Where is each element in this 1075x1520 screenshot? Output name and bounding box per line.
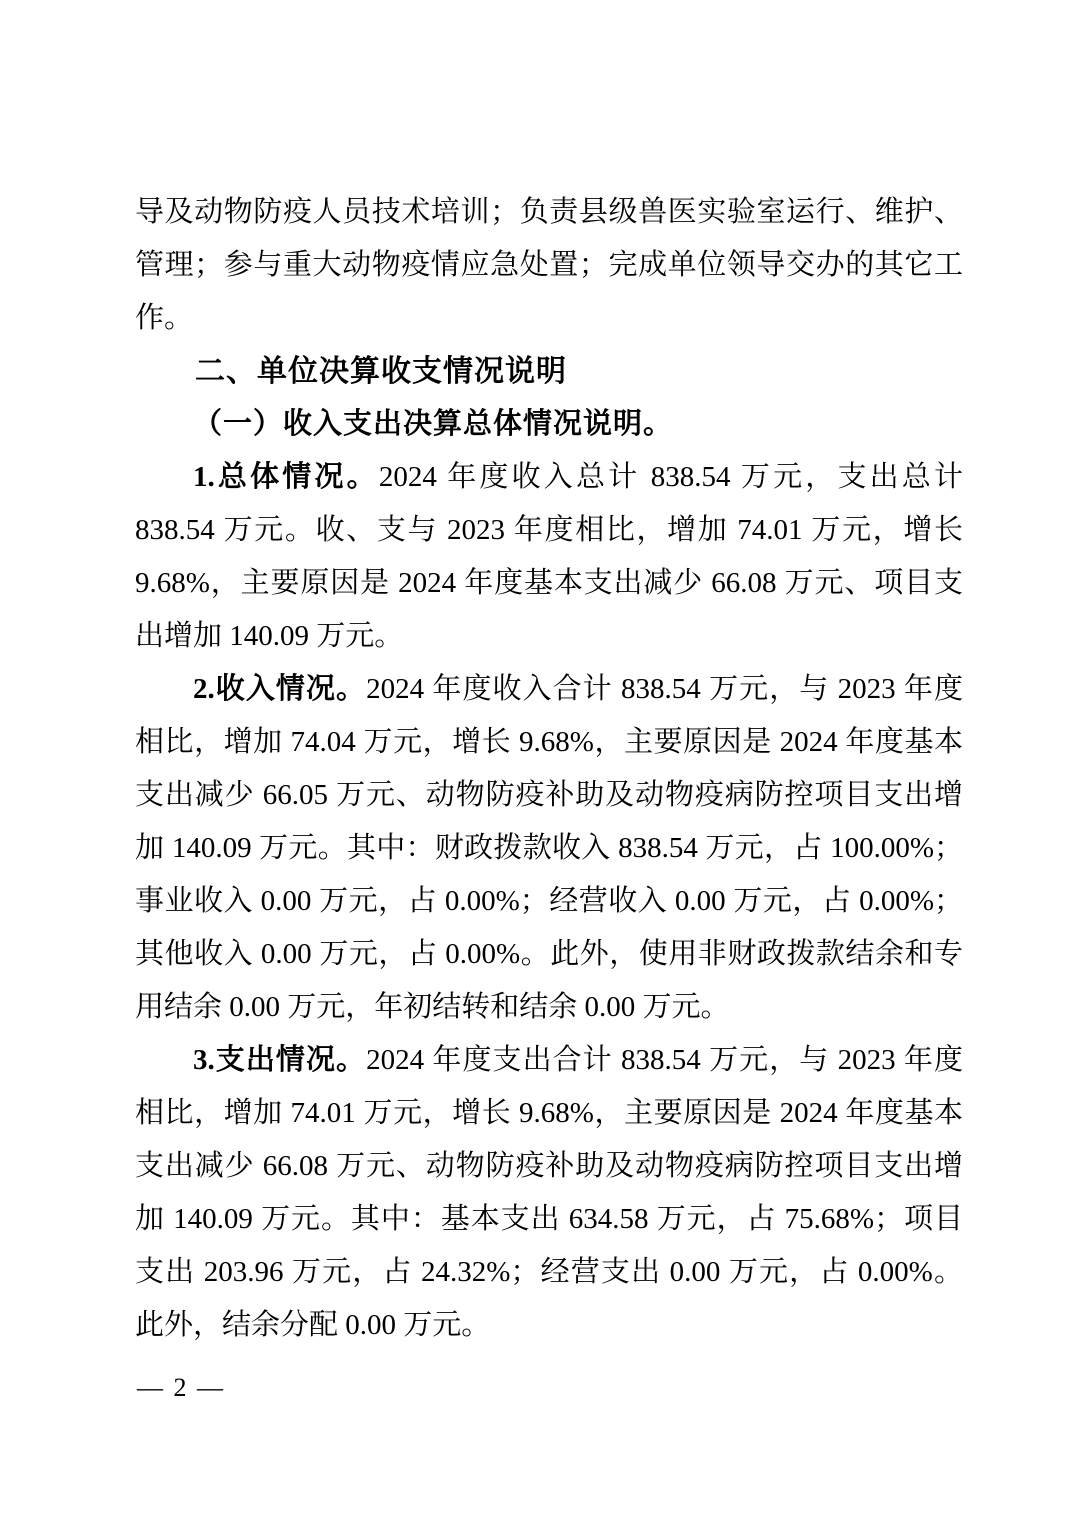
paragraph-expenditure-lead: 3.支出情况。 — [193, 1044, 366, 1076]
paragraph-income-situation: 2.收入情况。2024 年度收入合计 838.54 万元，与 2023 年度相比… — [135, 663, 963, 1034]
document-page: 导及动物防疫人员技术培训；负责县级兽医实验室运行、维护、管理；参与重大动物疫情应… — [0, 0, 1075, 1520]
paragraph-overall-lead: 1.总体情况。 — [193, 461, 379, 493]
document-body: 导及动物防疫人员技术培训；负责县级兽医实验室运行、维护、管理；参与重大动物疫情应… — [135, 186, 963, 1352]
page-number: — 2 — — [137, 1372, 225, 1404]
section-heading: 二、单位决算收支情况说明 — [135, 345, 963, 398]
subsection-heading: （一）收入支出决算总体情况说明。 — [135, 398, 963, 451]
paragraph-income-lead: 2.收入情况。 — [193, 673, 366, 705]
paragraph-expenditure-situation: 3.支出情况。2024 年度支出合计 838.54 万元，与 2023 年度相比… — [135, 1034, 963, 1352]
paragraph-income-text: 2024 年度收入合计 838.54 万元，与 2023 年度相比，增加 74.… — [135, 673, 963, 1023]
paragraph-overall-situation: 1.总体情况。2024 年度收入总计 838.54 万元，支出总计 838.54… — [135, 451, 963, 663]
paragraph-expenditure-text: 2024 年度支出合计 838.54 万元，与 2023 年度相比，增加 74.… — [135, 1044, 963, 1341]
paragraph-continuation: 导及动物防疫人员技术培训；负责县级兽医实验室运行、维护、管理；参与重大动物疫情应… — [135, 186, 963, 345]
